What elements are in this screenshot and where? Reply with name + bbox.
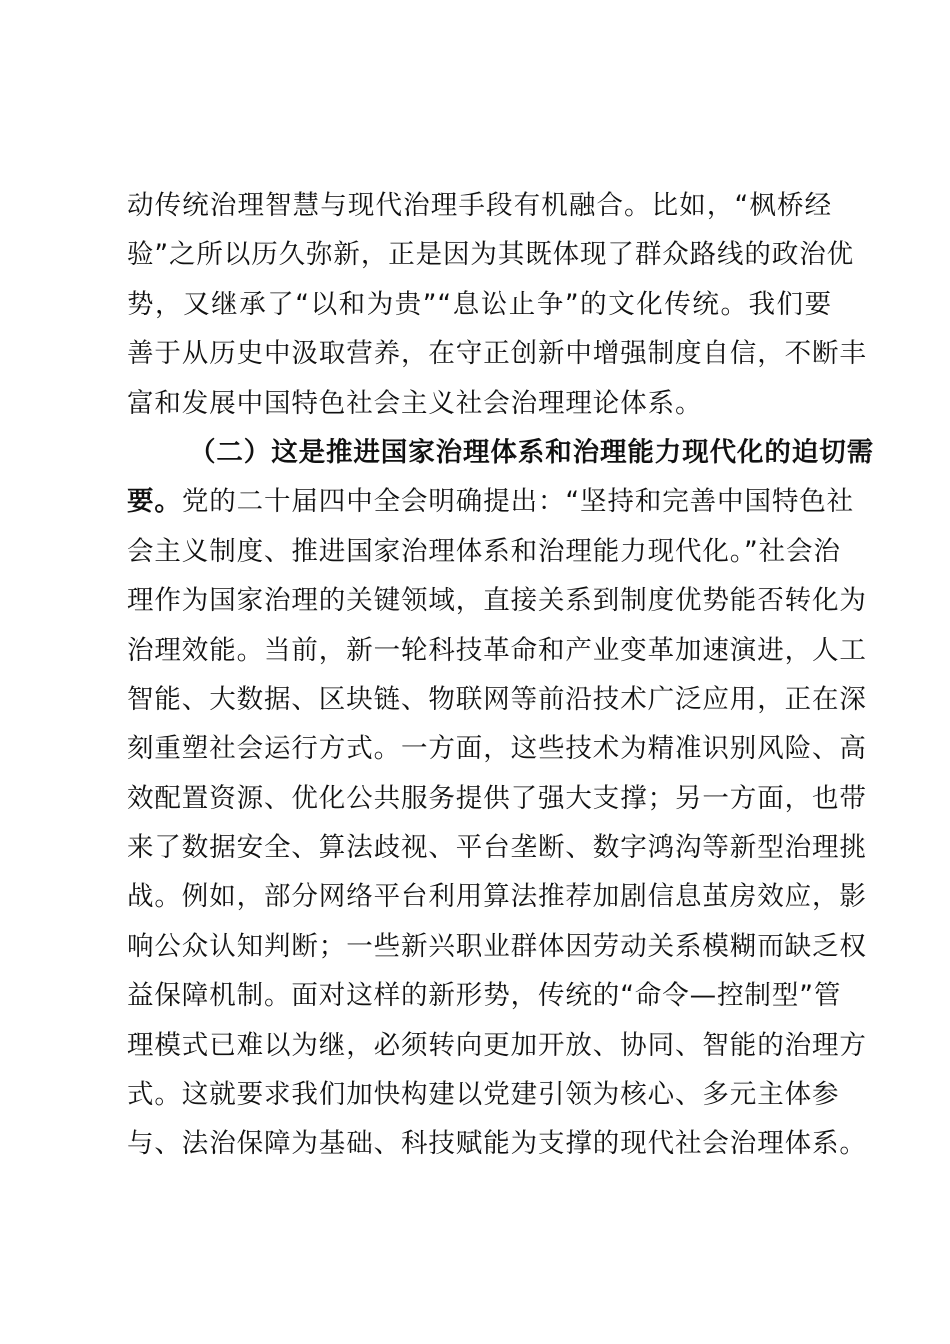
line-text: 式。这就要求我们加快构建以党建引领为核心、多元主体参 (127, 1079, 839, 1110)
text-line: 理作为国家治理的关键领域，直接关系到制度优势能否转化为 (127, 576, 832, 625)
line-text: 来了数据安全、算法歧视、平台垄断、数字鸿沟等新型治理挑 (127, 832, 867, 863)
text-line: 智能、大数据、区块链、物联网等前沿技术广泛应用，正在深 (127, 675, 832, 724)
text-line: 要。党的二十届四中全会明确提出：“坚持和完善中国特色社 (127, 477, 832, 526)
text-line: 与、法治保障为基础、科技赋能为支撑的现代社会治理体系。 (127, 1119, 832, 1168)
text-line: 效配置资源、优化公共服务提供了强大支撑；另一方面，也带 (127, 774, 832, 823)
line-text: 治理效能。当前，新一轮科技革命和产业变革加速演进，人工 (127, 635, 867, 666)
line-text: 理模式已难以为继，必须转向更加开放、协同、智能的治理方 (127, 1030, 867, 1061)
text-line: 动传统治理智慧与现代治理手段有机融合。比如，“枫桥经 (127, 181, 832, 230)
text-line: 益保障机制。面对这样的新形势，传统的“命令—控制型”管 (127, 971, 832, 1020)
paragraph-continuation: 动传统治理智慧与现代治理手段有机融合。比如，“枫桥经 验”之所以历久弥新，正是因… (127, 181, 832, 428)
text-line: 战。例如，部分网络平台利用算法推荐加剧信息茧房效应，影 (127, 872, 832, 921)
body-text: 动传统治理智慧与现代治理手段有机融合。比如，“枫桥经 验”之所以历久弥新，正是因… (127, 181, 832, 1169)
section-heading-end: 要。 (127, 486, 182, 517)
line-text: 富和发展中国特色社会主义社会治理理论体系。 (127, 388, 702, 419)
section-heading: （二）这是推进国家治理体系和治理能力现代化的迫切需 (189, 437, 874, 468)
text-line: 理模式已难以为继，必须转向更加开放、协同、智能的治理方 (127, 1021, 832, 1070)
line-text: 战。例如，部分网络平台利用算法推荐加剧信息茧房效应，影 (127, 881, 867, 912)
text-line: （二）这是推进国家治理体系和治理能力现代化的迫切需 (127, 428, 832, 477)
line-text: 会主义制度、推进国家治理体系和治理能力现代化。”社会治 (127, 536, 841, 567)
document-page: 动传统治理智慧与现代治理手段有机融合。比如，“枫桥经 验”之所以历久弥新，正是因… (0, 0, 950, 1344)
text-line: 验”之所以历久弥新，正是因为其既体现了群众路线的政治优 (127, 230, 832, 279)
text-line: 势，又继承了“以和为贵”“息讼止争”的文化传统。我们要 (127, 280, 832, 329)
line-text: 响公众认知判断；一些新兴职业群体因劳动关系模糊而缺乏权 (127, 931, 867, 962)
text-line: 会主义制度、推进国家治理体系和治理能力现代化。”社会治 (127, 527, 832, 576)
line-text: 动传统治理智慧与现代治理手段有机融合。比如，“枫桥经 (127, 190, 832, 221)
line-text: 善于从历史中汲取营养，在守正创新中增强制度自信，不断丰 (127, 338, 867, 369)
text-line: 治理效能。当前，新一轮科技革命和产业变革加速演进，人工 (127, 626, 832, 675)
text-line: 来了数据安全、算法歧视、平台垄断、数字鸿沟等新型治理挑 (127, 823, 832, 872)
text-line: 富和发展中国特色社会主义社会治理理论体系。 (127, 379, 832, 428)
text-line: 善于从历史中汲取营养，在守正创新中增强制度自信，不断丰 (127, 329, 832, 378)
line-text: 势，又继承了“以和为贵”“息讼止争”的文化传统。我们要 (127, 289, 832, 320)
line-text: 党的二十届四中全会明确提出：“坚持和完善中国特色社 (182, 486, 854, 517)
line-text: 验”之所以历久弥新，正是因为其既体现了群众路线的政治优 (127, 239, 854, 270)
line-text: 效配置资源、优化公共服务提供了强大支撑；另一方面，也带 (127, 783, 867, 814)
line-text: 刻重塑社会运行方式。一方面，这些技术为精准识别风险、高 (127, 733, 867, 764)
line-text: 与、法治保障为基础、科技赋能为支撑的现代社会治理体系。 (127, 1128, 867, 1159)
line-text: 智能、大数据、区块链、物联网等前沿技术广泛应用，正在深 (127, 684, 867, 715)
line-text: 理作为国家治理的关键领域，直接关系到制度优势能否转化为 (127, 585, 867, 616)
line-text: 益保障机制。面对这样的新形势，传统的“命令—控制型”管 (127, 980, 841, 1011)
text-line: 式。这就要求我们加快构建以党建引领为核心、多元主体参 (127, 1070, 832, 1119)
text-line: 响公众认知判断；一些新兴职业群体因劳动关系模糊而缺乏权 (127, 922, 832, 971)
paragraph-section-two: （二）这是推进国家治理体系和治理能力现代化的迫切需 要。党的二十届四中全会明确提… (127, 428, 832, 1169)
text-line: 刻重塑社会运行方式。一方面，这些技术为精准识别风险、高 (127, 724, 832, 773)
